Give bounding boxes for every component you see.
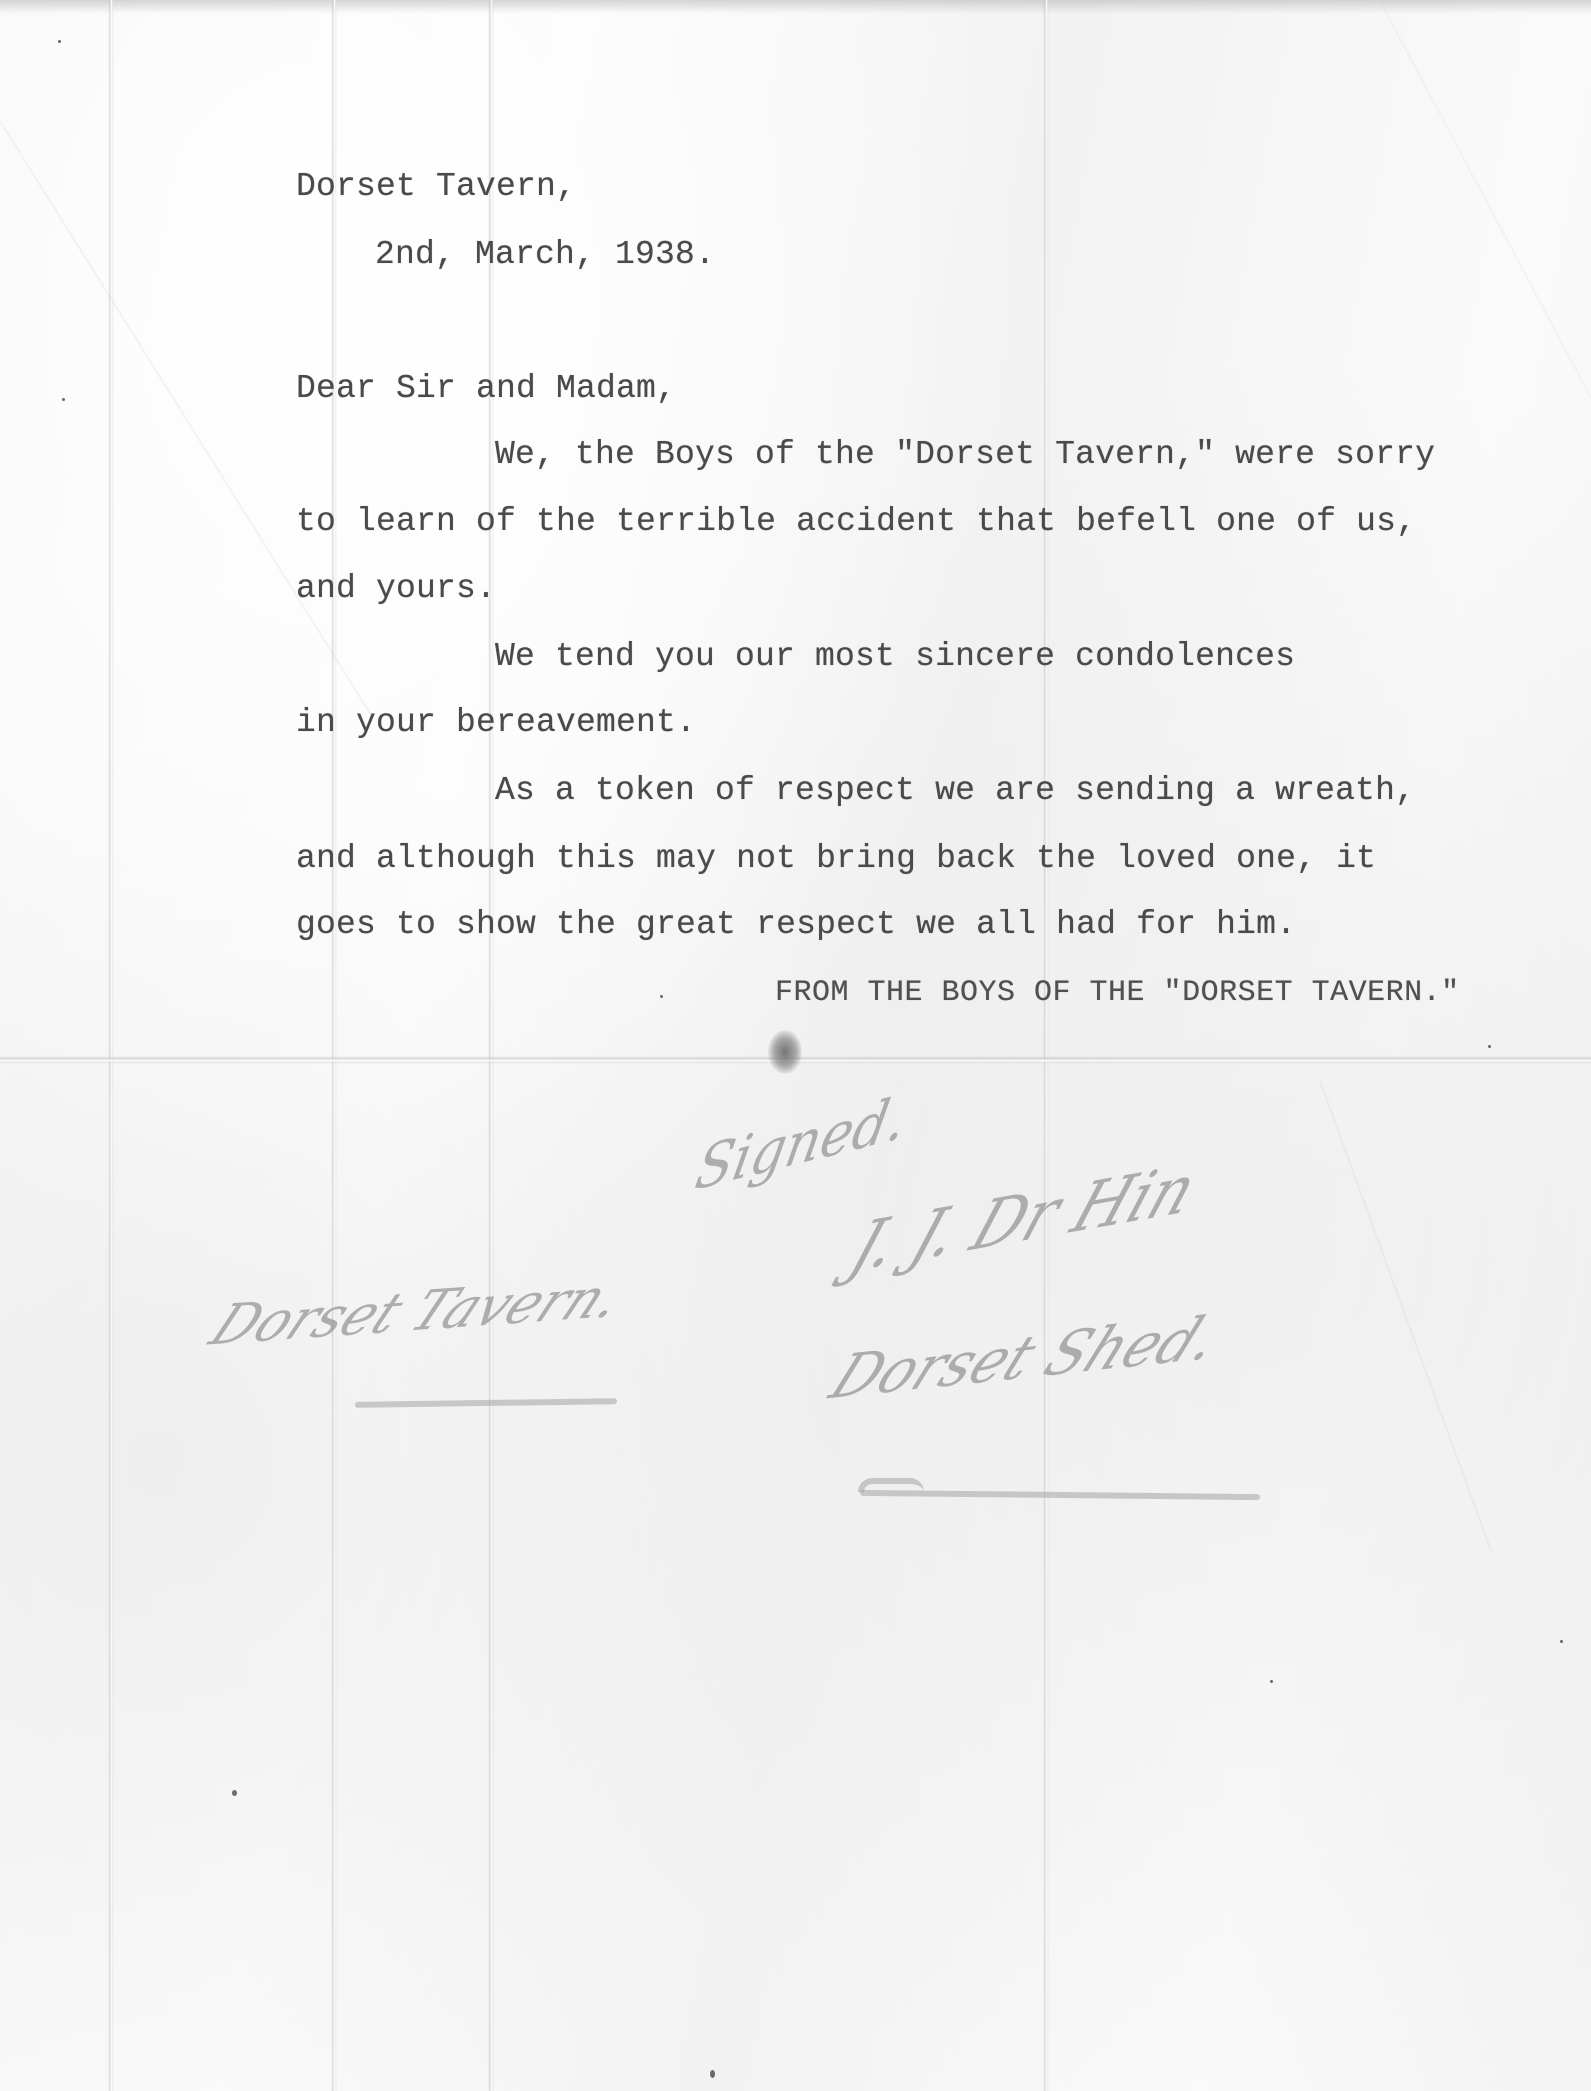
paper-speck <box>660 995 663 998</box>
salutation: Dear Sir and Madam, <box>296 372 676 405</box>
paper-speck <box>62 398 65 401</box>
body-line: and although this may not bring back the… <box>296 842 1376 875</box>
body-line: and yours. <box>296 572 496 605</box>
ink-stain <box>768 1030 802 1074</box>
signoff: FROM THE BOYS OF THE "DORSET TAVERN." <box>775 978 1460 1008</box>
handwritten-left-note: Dorset Tavern. <box>200 1264 635 1358</box>
paper-speck <box>232 1790 237 1796</box>
paper-speck <box>58 40 61 43</box>
body-line: in your bereavement. <box>296 706 696 739</box>
fold-crease-vertical <box>108 0 114 2091</box>
handwritten-signature-place: Dorset Shed. <box>820 1301 1232 1413</box>
body-line: We tend you our most sincere condolences <box>495 640 1295 673</box>
paper-top-edge <box>0 0 1591 14</box>
left-note-underline <box>355 1398 617 1408</box>
body-line: As a token of respect we are sending a w… <box>495 774 1415 807</box>
paper-speck <box>1560 1640 1563 1643</box>
fold-crease-vertical <box>488 0 494 2091</box>
handwritten-signature-name: J. J. Dr Hin <box>840 1149 1207 1289</box>
paper-speck <box>1270 1680 1273 1683</box>
signature-underline-flourish <box>858 1478 924 1492</box>
fold-crease-vertical <box>1043 0 1049 2091</box>
paper-speck <box>710 2070 715 2078</box>
body-line: to learn of the terrible accident that b… <box>296 505 1416 538</box>
letter-date: 2nd, March, 1938. <box>375 238 715 271</box>
paper-speck <box>1488 1045 1491 1048</box>
fold-crease-vertical <box>331 0 337 2091</box>
sender-address: Dorset Tavern, <box>296 170 576 203</box>
paper-wrinkle <box>0 120 372 715</box>
paper-wrinkle <box>1319 1081 1492 1552</box>
body-line: We, the Boys of the "Dorset Tavern," wer… <box>495 438 1435 471</box>
handwritten-signed-label: Signed. <box>690 1083 912 1205</box>
body-line: goes to show the great respect we all ha… <box>296 908 1296 941</box>
letter-page: Dorset Tavern, 2nd, March, 1938. Dear Si… <box>0 0 1591 2091</box>
